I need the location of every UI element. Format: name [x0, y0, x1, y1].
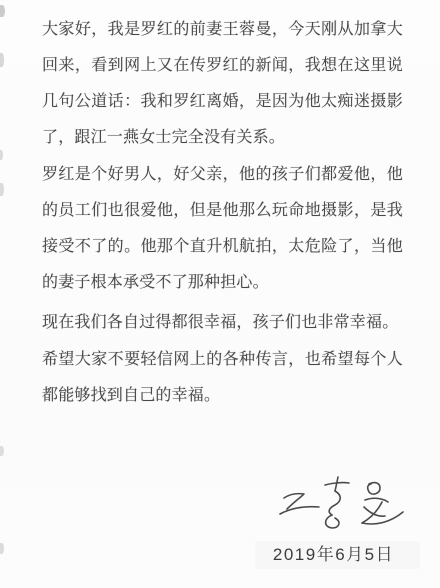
date-text: 2019年6月5日: [267, 543, 400, 567]
scan-edge-artifact: [0, 543, 4, 554]
signature: [277, 474, 405, 536]
scan-edge-artifact: [0, 5, 5, 17]
letter-paragraph: 现在我们各自过得都很幸福，孩子们也非常幸福。: [42, 305, 403, 341]
letter-paragraph: 罗红是个好男人，好父亲，他的孩子们都爱他，他的员工们也很爱他，但是他那么玩命地摄…: [42, 157, 403, 301]
signature-handwriting: [277, 474, 405, 536]
scan-edge-artifact: [0, 183, 4, 196]
letter-document: 大家好，我是罗红的前妻王蓉曼，今天刚从加拿大回来，看到网上又在传罗红的新闻，我想…: [0, 0, 440, 588]
letter-paragraph: 大家好，我是罗红的前妻王蓉曼，今天刚从加拿大回来，看到网上又在传罗红的新闻，我想…: [42, 12, 403, 156]
letter-paragraph: 希望大家不要轻信网上的各种传言，也希望每个人都能够找到自己的幸福。: [42, 342, 403, 414]
letter-body: 大家好，我是罗红的前妻王蓉曼，今天刚从加拿大回来，看到网上又在传罗红的新闻，我想…: [42, 12, 403, 414]
scan-edge-artifact: [0, 53, 4, 67]
scan-edge-artifact: [0, 150, 3, 160]
scan-edge-artifact: [0, 446, 4, 456]
